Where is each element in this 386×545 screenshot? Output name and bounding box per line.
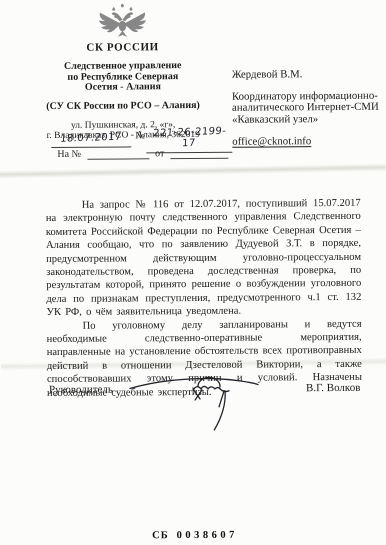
reply-date-blank <box>170 147 228 159</box>
org-abbreviation: (СУ СК России по РСО – Алания) <box>27 100 219 112</box>
number-sign: № <box>135 130 145 141</box>
org-name-line: Осетия - Алания <box>27 82 219 94</box>
reply-reference-row: На №от <box>57 147 228 160</box>
outgoing-date-handwritten: 18.07.2017 <box>60 132 122 145</box>
letterhead: СК РОССИИ Следственное управление по Рес… <box>26 3 219 142</box>
scanned-letter-page: СК РОССИИ Следственное управление по Рес… <box>0 0 386 545</box>
recipient-block: Жердевой В.М. Координатору информационно… <box>232 69 383 149</box>
form-number-footer: СБ0038607 <box>2 529 386 543</box>
reply-number-label: На № <box>57 149 81 160</box>
org-short-name: СК РОССИИ <box>27 41 219 54</box>
recipient-name: Жердевой В.М. <box>232 69 382 82</box>
reply-number-blank <box>87 147 149 159</box>
form-series: СБ <box>152 530 169 541</box>
signature-position-title: Руководитель <box>49 384 113 396</box>
recipient-email: office@cknot.info <box>232 136 382 149</box>
reply-date-label: от <box>155 148 164 159</box>
recipient-title-line: «Кавказский узел» <box>232 113 382 126</box>
signature-name: В.Г. Волков <box>306 382 360 394</box>
form-number: 0038607 <box>177 530 238 541</box>
org-full-name: Следственное управление по Республике Се… <box>27 61 219 94</box>
outgoing-date-field: 18.07.2017 <box>51 127 131 148</box>
signature-scrawl <box>121 364 282 445</box>
body-paragraph: На запрос № 116 от 12.07.2017, поступивш… <box>46 197 362 320</box>
double-headed-eagle-icon <box>26 3 218 40</box>
fold-crease <box>0 163 386 178</box>
